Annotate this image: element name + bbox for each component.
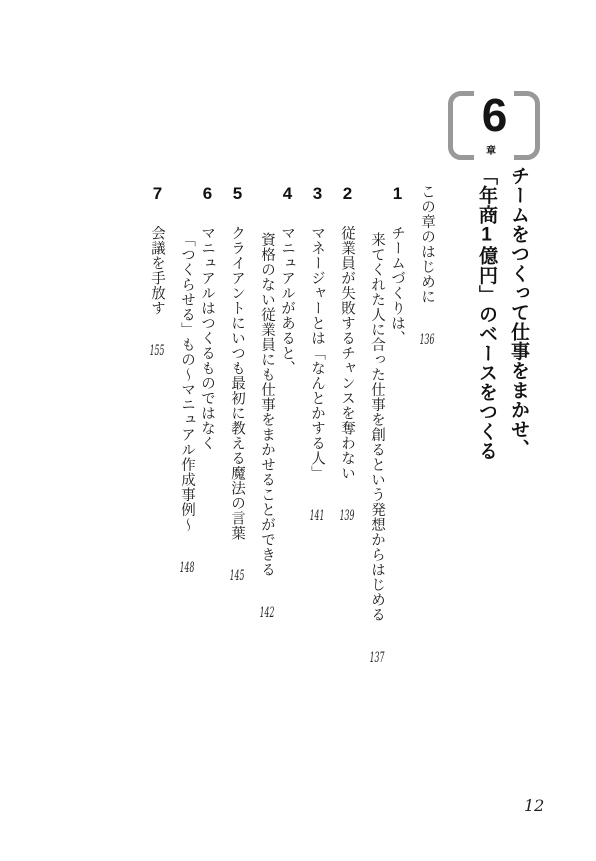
toc-entry-2-line-1: 従業員が失敗するチャンスを奪わない bbox=[339, 226, 355, 481]
toc-intro: この章のはじめに 136 bbox=[417, 184, 437, 804]
toc-entry-3-line-1: マネージャーとは「なんとかする人」 bbox=[309, 226, 325, 481]
chapter-suffix: 章 bbox=[442, 142, 540, 157]
toc-entry-2-number: 2 bbox=[338, 184, 357, 203]
book-toc-page: 6 章 チームをつくって仕事をまかせ、 「年商1億円」のベースをつくる この章の… bbox=[0, 0, 596, 861]
toc-entry-7-number: 7 bbox=[148, 184, 167, 203]
page-number: 12 bbox=[524, 796, 544, 815]
toc-entry-4-number: 4 bbox=[278, 184, 297, 203]
chapter-badge: 6 章 bbox=[448, 91, 540, 160]
toc-entry-1-line-2: 来てくれた人に合った仕事を創るという発想からはじめる bbox=[369, 232, 385, 622]
toc-entry-3-page: 141 bbox=[309, 509, 325, 523]
toc-entry-3-number: 3 bbox=[308, 184, 327, 203]
toc-intro-label: この章のはじめに bbox=[419, 184, 435, 304]
toc-entry-5-line-1: クライアントにいつも最初に教える魔法の言葉 bbox=[229, 226, 245, 541]
toc-entry-5: 5 クライアントにいつも最初に教える魔法の言葉 145 bbox=[227, 184, 247, 804]
toc-entry-3: 3 マネージャーとは「なんとかする人」 141 bbox=[307, 184, 327, 804]
toc-list: この章のはじめに 136 1 チームづくりは、 来てくれた人に合った仕事を創ると… bbox=[137, 184, 437, 804]
toc-entry-6-number: 6 bbox=[198, 184, 217, 203]
toc-entry-6-page: 148 bbox=[179, 561, 195, 575]
toc-intro-page: 136 bbox=[419, 333, 435, 347]
chapter-title-line-1: チームをつくって仕事をまかせ、 bbox=[502, 166, 534, 496]
toc-entry-4: 4 マニュアルがあると、 資格のない従業員にも仕事をまかせることができる 142 bbox=[257, 184, 297, 804]
chapter-title-line-2: 「年商1億円」のベースをつくる bbox=[470, 166, 502, 496]
toc-entry-5-page: 145 bbox=[229, 569, 245, 583]
toc-entry-4-page: 142 bbox=[259, 606, 275, 620]
toc-entry-1-page: 137 bbox=[369, 651, 385, 665]
toc-entry-1-line-1: チームづくりは、 bbox=[389, 226, 405, 346]
toc-entry-2-page: 139 bbox=[339, 509, 355, 523]
toc-entry-1: 1 チームづくりは、 来てくれた人に合った仕事を創るという発想からはじめる 13… bbox=[367, 184, 407, 804]
chapter-number: 6 bbox=[448, 91, 540, 139]
toc-entry-2: 2 従業員が失敗するチャンスを奪わない 139 bbox=[337, 184, 357, 804]
toc-entry-6-line-2: 「つくらせる」もの〜マニュアル作成事例〜 bbox=[179, 232, 195, 532]
toc-entry-4-line-2: 資格のない従業員にも仕事をまかせることができる bbox=[259, 232, 275, 577]
toc-entry-4-line-1: マニュアルがあると、 bbox=[279, 226, 295, 376]
toc-entry-5-number: 5 bbox=[228, 184, 247, 203]
toc-entry-6-line-1: マニュアルはつくるものではなく bbox=[199, 226, 215, 451]
chapter-title: チームをつくって仕事をまかせ、 「年商1億円」のベースをつくる bbox=[470, 166, 534, 496]
toc-entry-7-line-1: 会議を手放す bbox=[149, 226, 165, 316]
toc-entry-1-number: 1 bbox=[388, 184, 407, 203]
toc-entry-6: 6 マニュアルはつくるものではなく 「つくらせる」もの〜マニュアル作成事例〜 1… bbox=[177, 184, 217, 804]
toc-entry-7: 7 会議を手放す 155 bbox=[147, 184, 167, 804]
toc-entry-7-page: 155 bbox=[149, 344, 165, 358]
